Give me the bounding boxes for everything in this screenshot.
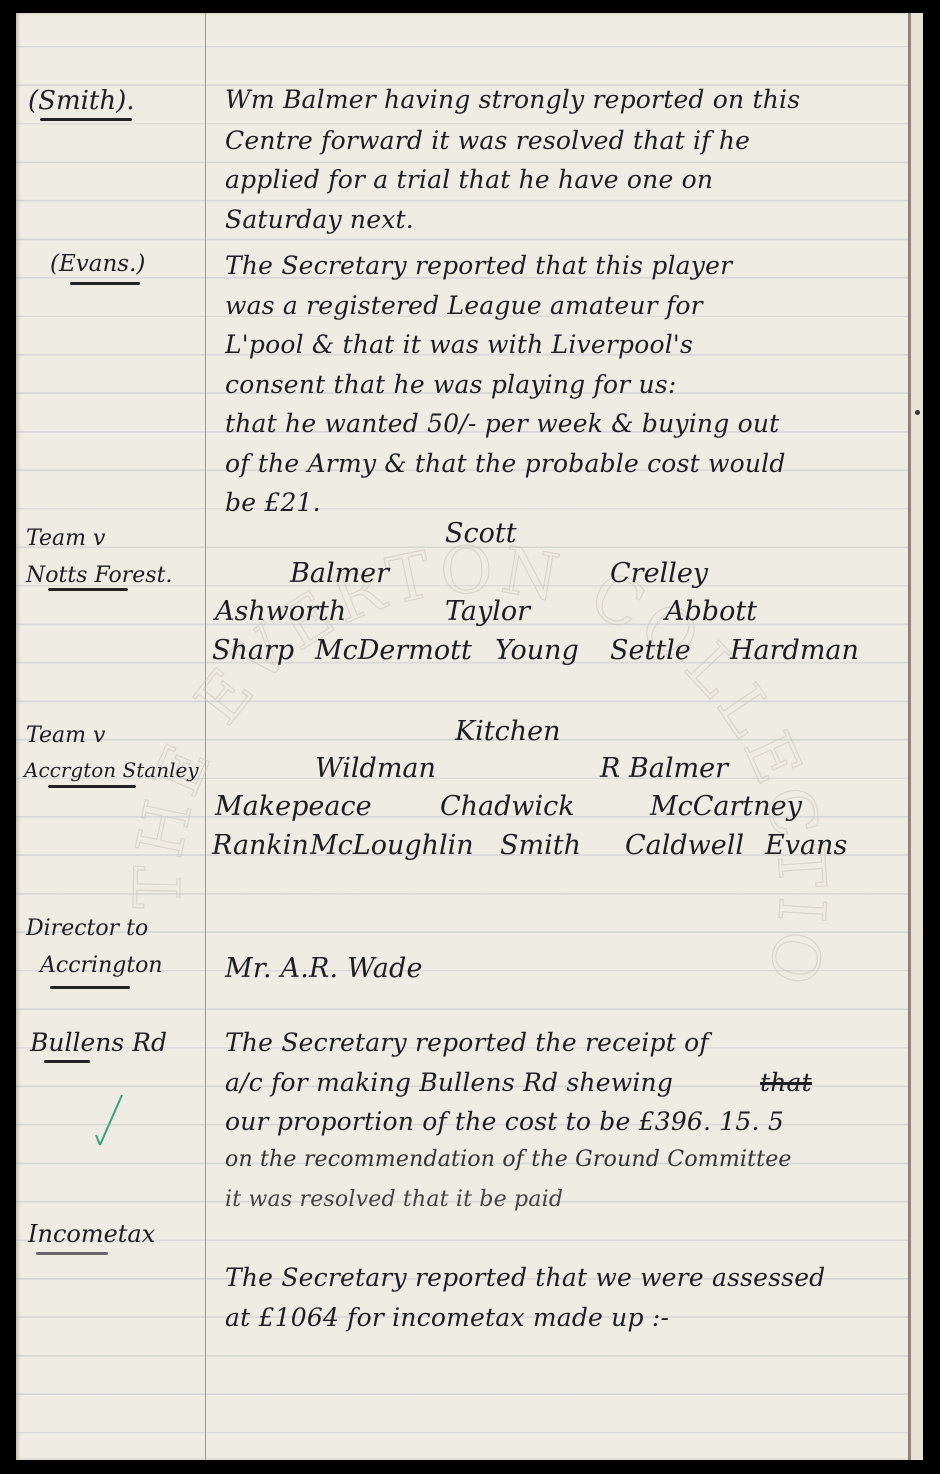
entry-evans-line-1: The Secretary reported that this player xyxy=(225,253,732,278)
entry-incometax-line-1: The Secretary reported that we were asse… xyxy=(225,1265,825,1290)
margin-note-team-v: Team v xyxy=(26,528,105,550)
margin-note-team-v: Team v xyxy=(26,725,105,747)
spine-mark xyxy=(915,410,920,415)
margin-underline xyxy=(40,118,132,121)
margin-underline xyxy=(50,986,130,989)
margin-note-incometax: Incometax xyxy=(28,1222,155,1246)
team2-forward-1: Rankin xyxy=(212,832,309,859)
margin-note-bullens-rd: Bullens Rd xyxy=(30,1030,167,1055)
margin-note-evans: (Evans.) xyxy=(50,253,145,276)
entry-evans-line-2: was a registered League amateur for xyxy=(225,293,703,318)
team1-half-right: Abbott xyxy=(665,598,757,625)
director-name: Mr. A.R. Wade xyxy=(225,955,423,982)
team2-half-centre: Chadwick xyxy=(440,793,575,820)
entry-bullens-line-5: it was resolved that it be paid xyxy=(225,1189,563,1211)
entry-bullens-line-2: a/c for making Bullens Rd shewing xyxy=(225,1070,673,1095)
margin-note-accrington-stanley: Accrgton Stanley xyxy=(24,760,199,780)
entry-bullens-line-4: on the recommendation of the Ground Comm… xyxy=(225,1149,792,1171)
team1-forward-4: Settle xyxy=(610,637,691,664)
team2-goalkeeper: Kitchen xyxy=(455,718,561,745)
margin-note-accrington: Accrington xyxy=(40,955,163,977)
team2-forward-5: Evans xyxy=(765,832,847,859)
margin-note-smith: (Smith). xyxy=(28,88,135,114)
team1-forward-2: McDermott xyxy=(315,637,472,664)
team1-back-right: Crelley xyxy=(610,560,708,587)
team1-half-centre: Taylor xyxy=(445,598,530,625)
entry-smith-line-4: Saturday next. xyxy=(225,207,414,232)
entry-evans-line-6: of the Army & that the probable cost wou… xyxy=(225,451,786,476)
margin-underline xyxy=(36,1252,108,1255)
margin-underline xyxy=(48,588,128,591)
team2-half-right: McCartney xyxy=(650,793,802,820)
team2-forward-2: McLoughlin xyxy=(310,832,474,859)
entry-bullens-line-3: our proportion of the cost to be £396. 1… xyxy=(225,1109,784,1134)
entry-evans-line-4: consent that he was playing for us: xyxy=(225,372,676,397)
margin-underline xyxy=(70,282,140,285)
entry-evans-line-7: be £21. xyxy=(225,490,321,515)
team1-back-left: Balmer xyxy=(290,560,389,587)
entry-smith-line-1: Wm Balmer having strongly reported on th… xyxy=(225,87,800,112)
team2-half-left: Makepeace xyxy=(215,793,372,820)
struck-word: that xyxy=(760,1070,812,1095)
entry-smith-line-2: Centre forward it was resolved that if h… xyxy=(225,128,750,153)
entry-smith-line-3: applied for a trial that he have one on xyxy=(225,167,713,192)
green-tick-icon xyxy=(70,1090,130,1150)
margin-rule xyxy=(205,13,206,1460)
team2-back-right: R Balmer xyxy=(600,755,728,782)
entry-bullens-line-1: The Secretary reported the receipt of xyxy=(225,1030,709,1055)
team2-forward-4: Caldwell xyxy=(625,832,744,859)
team1-goalkeeper: Scott xyxy=(445,520,517,547)
team2-back-left: Wildman xyxy=(315,755,436,782)
team2-forward-3: Smith xyxy=(500,832,581,859)
team1-forward-5: Hardman xyxy=(730,637,859,664)
margin-note-director-to: Director to xyxy=(26,918,148,940)
margin-note-notts-forest: Notts Forest. xyxy=(26,565,172,587)
team1-forward-3: Young xyxy=(495,637,579,664)
team1-forward-1: Sharp xyxy=(212,637,294,664)
team1-half-left: Ashworth xyxy=(215,598,346,625)
entry-incometax-line-2: at £1064 for incometax made up :- xyxy=(225,1305,669,1330)
book-spine-edge xyxy=(908,13,923,1460)
margin-underline xyxy=(48,785,136,788)
margin-underline xyxy=(44,1060,90,1063)
entry-evans-line-3: L'pool & that it was with Liverpool's xyxy=(225,332,693,357)
entry-evans-line-5: that he wanted 50/- per week & buying ou… xyxy=(225,411,779,436)
